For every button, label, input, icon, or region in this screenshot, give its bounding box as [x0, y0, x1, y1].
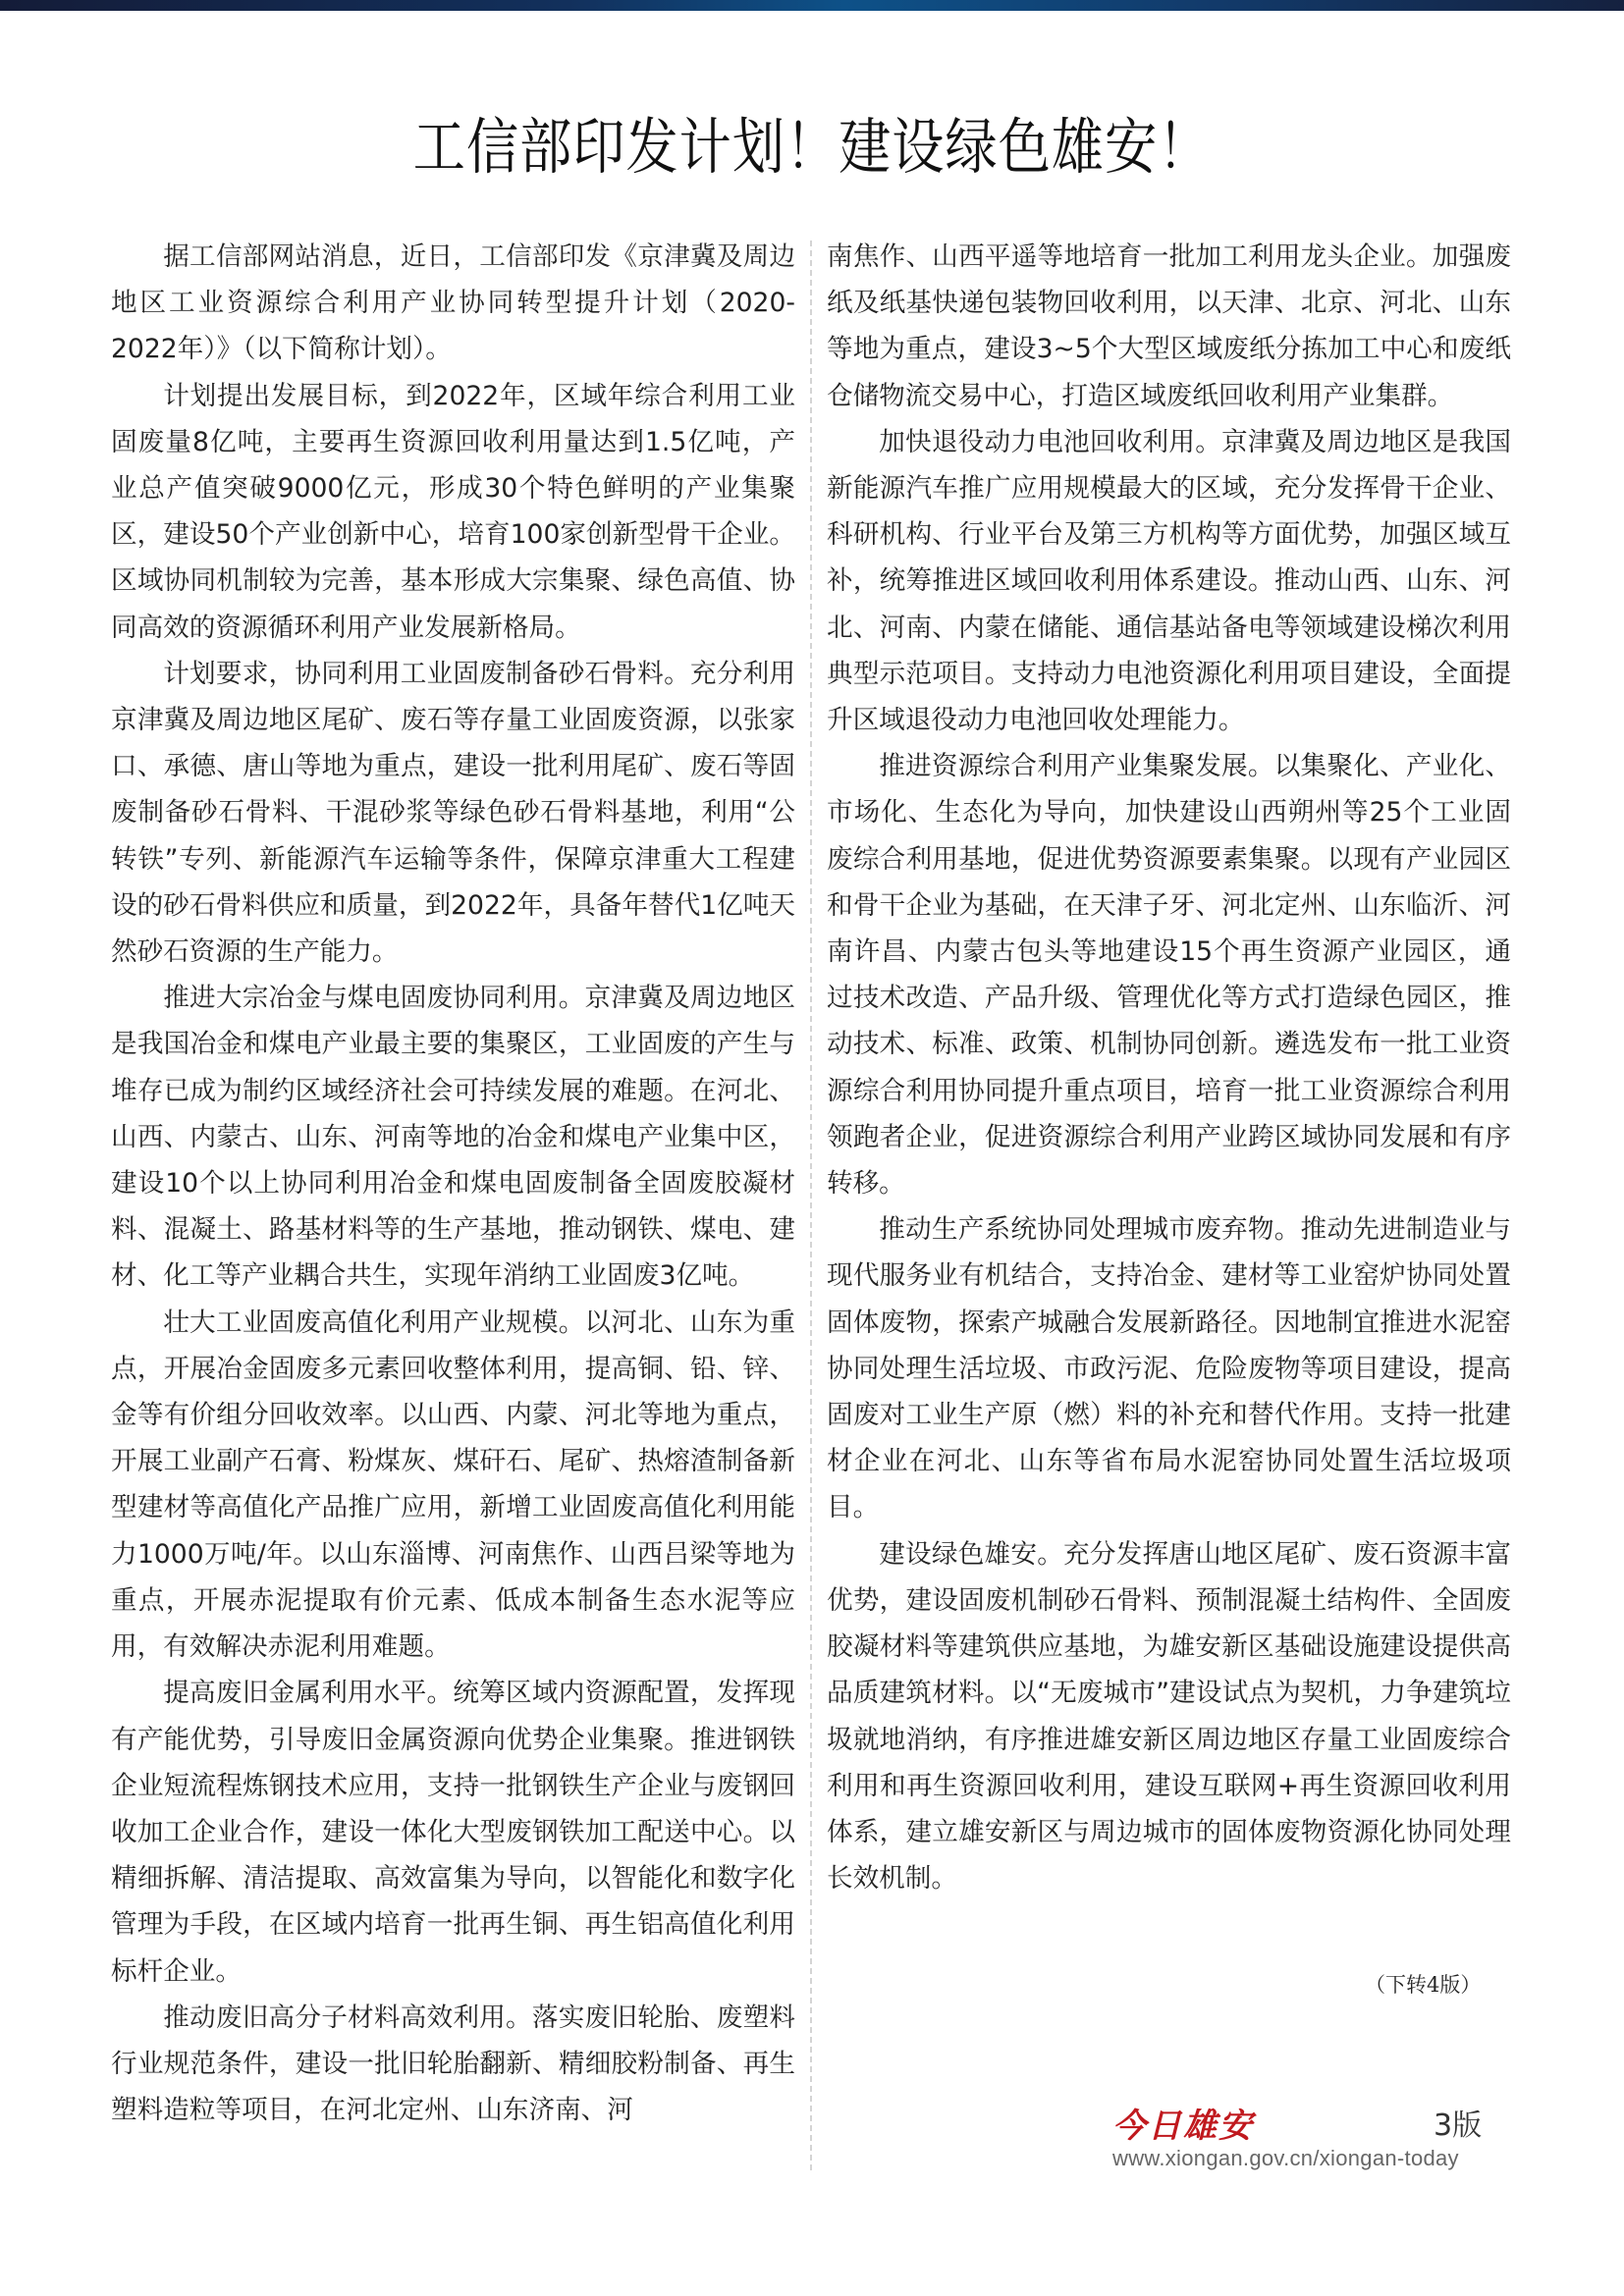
- page-number: 3版: [1434, 2101, 1482, 2144]
- paragraph: 据工信部网站消息，近日，工信部印发《京津冀及周边地区工业资源综合利用产业协同转型…: [111, 234, 795, 373]
- paragraph-continued: 南焦作、山西平遥等地培育一批加工利用龙头企业。加强废纸及纸基快递包装物回收利用，…: [827, 234, 1511, 419]
- paragraph: 计划要求，协同利用工业固废制备砂石骨料。充分利用京津冀及周边地区尾矿、废石等存量…: [111, 651, 795, 975]
- newspaper-logo: 今日雄安: [1112, 2099, 1254, 2147]
- footer-url[interactable]: www.xiongan.gov.cn/xiongan-today: [1112, 2146, 1459, 2171]
- paragraph: 提高废旧金属利用水平。统筹区域内资源配置，发挥现有产能优势，引导废旧金属资源向优…: [111, 1670, 795, 1994]
- paragraph: 推进资源综合利用产业集聚发展。以集聚化、产业化、市场化、生态化为导向，加快建设山…: [827, 743, 1511, 1206]
- paragraph: 计划提出发展目标，到2022年，区域年综合利用工业固废量8亿吨，主要再生资源回收…: [111, 373, 795, 651]
- paragraph: 推动废旧高分子材料高效利用。落实废旧轮胎、废塑料行业规范条件，建设一批旧轮胎翻新…: [111, 1995, 795, 2134]
- paragraph: 加快退役动力电池回收利用。京津冀及周边地区是我国新能源汽车推广应用规模最大的区域…: [827, 419, 1511, 743]
- paragraph: 推进大宗冶金与煤电固废协同利用。京津冀及周边地区是我国冶金和煤电产业最主要的集聚…: [111, 975, 795, 1299]
- article-left-column: 据工信部网站消息，近日，工信部印发《京津冀及周边地区工业资源综合利用产业协同转型…: [111, 234, 795, 2133]
- paragraph: 建设绿色雄安。充分发挥唐山地区尾矿、废石资源丰富优势，建设固废机制砂石骨料、预制…: [827, 1531, 1511, 1902]
- paragraph: 壮大工业固废高值化利用产业规模。以河北、山东为重点，开展冶金固废多元素回收整体利…: [111, 1300, 795, 1671]
- column-divider: [810, 240, 812, 2170]
- paragraph: 推动生产系统协同处理城市废弃物。推动先进制造业与现代服务业有机结合，支持冶金、建…: [827, 1206, 1511, 1530]
- article-right-column: 南焦作、山西平遥等地培育一批加工利用龙头企业。加强废纸及纸基快递包装物回收利用，…: [827, 234, 1511, 1901]
- continued-on-page-note: （下转4版）: [1365, 1969, 1481, 1999]
- headline: 工信部印发计划！建设绿色雄安！: [114, 98, 1510, 186]
- top-color-bar: [0, 0, 1624, 11]
